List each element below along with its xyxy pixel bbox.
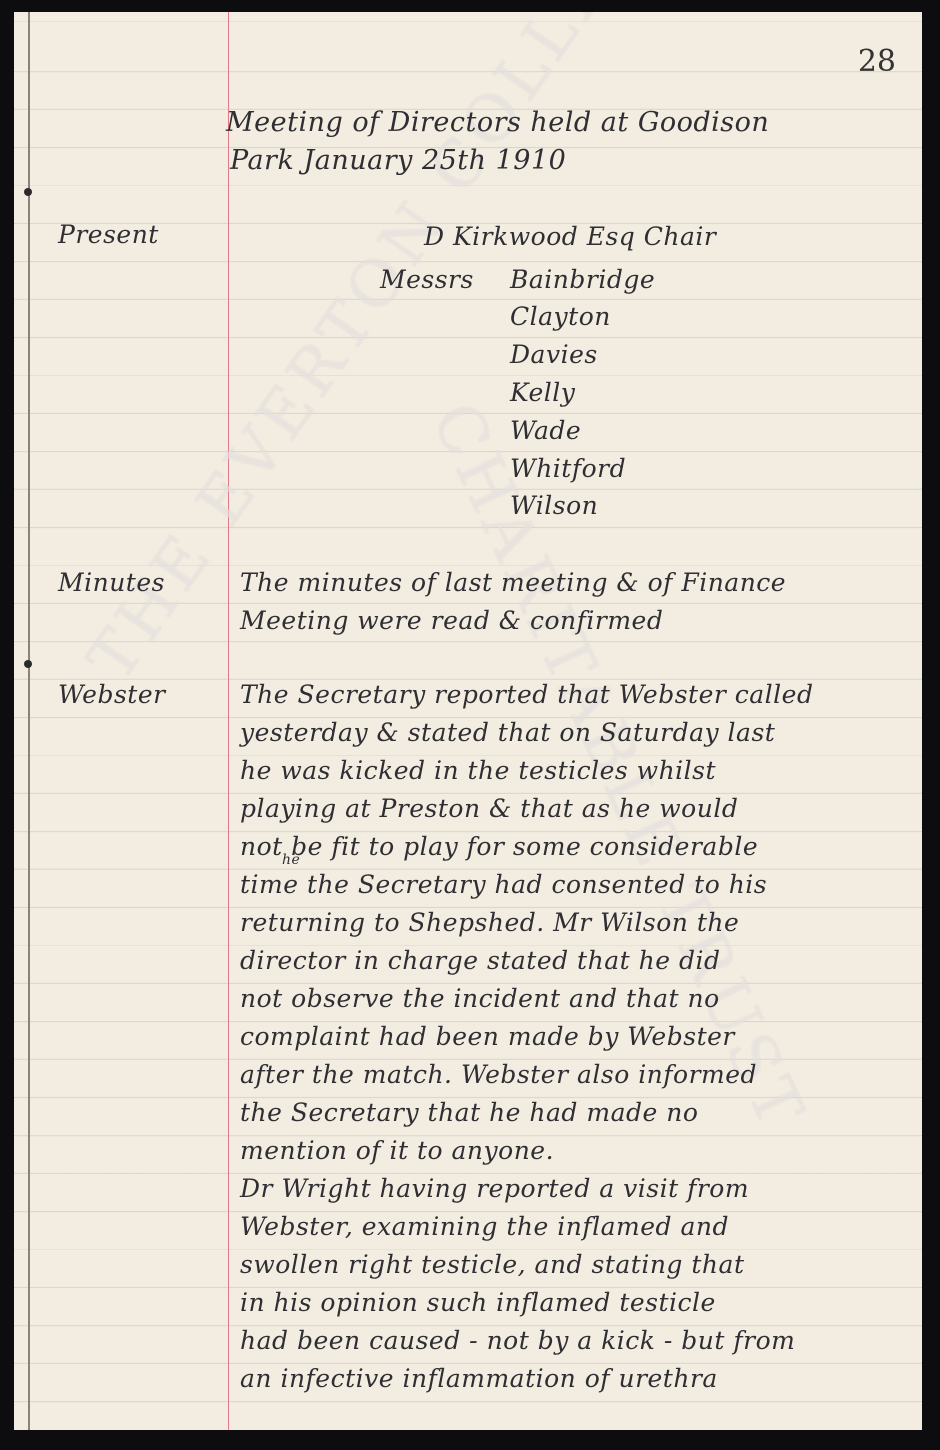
webster-line: he was kicked in the testicles whilst — [240, 756, 716, 785]
member-name: Kelly — [510, 378, 575, 407]
webster-line: playing at Preston & that as he would — [240, 794, 738, 823]
heading-line-2: Park January 25th 1910 — [230, 145, 566, 176]
webster-line: returning to Shepshed. Mr Wilson the — [240, 908, 739, 937]
binding-hole — [24, 188, 32, 196]
webster-line: after the match. Webster also informed — [240, 1060, 757, 1089]
webster-line: in his opinion such inflamed testicle — [240, 1288, 716, 1317]
webster-line: had been caused - not by a kick - but fr… — [240, 1326, 795, 1355]
chair-entry: D Kirkwood Esq Chair — [424, 222, 716, 251]
webster-line: swollen right testicle, and stating that — [240, 1250, 745, 1279]
webster-line: mention of it to anyone. — [240, 1136, 554, 1165]
ledger-page: THE EVERTON COLLECTION CHARITABLE TRUST … — [14, 12, 922, 1430]
webster-line: yesterday & stated that on Saturday last — [240, 718, 775, 747]
member-name: Wade — [510, 416, 581, 445]
webster-line: The Secretary reported that Webster call… — [240, 680, 813, 709]
webster-line: Webster, examining the inflamed and — [240, 1212, 729, 1241]
webster-line: time the Secretary had consented to his — [240, 870, 767, 899]
member-name: Clayton — [510, 302, 611, 331]
webster-line: not observe the incident and that no — [240, 984, 720, 1013]
webster-label: Webster — [58, 680, 166, 709]
member-name: Wilson — [510, 491, 598, 520]
minutes-line: Meeting were read & confirmed — [240, 606, 663, 635]
member-name: Bainbridge — [510, 265, 655, 294]
member-name: Whitford — [510, 454, 626, 483]
heading-line-1: Meeting of Directors held at Goodison — [226, 107, 769, 138]
binding-hole — [24, 660, 32, 668]
binding-line — [28, 12, 30, 1430]
member-name: Davies — [510, 340, 598, 369]
present-label: Present — [58, 220, 159, 249]
minutes-label: Minutes — [58, 568, 165, 597]
webster-line: director in charge stated that he did — [240, 946, 720, 975]
messrs-label: Messrs — [380, 265, 474, 294]
minutes-line: The minutes of last meeting & of Finance — [240, 568, 786, 597]
insertion-mark: he — [282, 852, 300, 868]
webster-line: complaint had been made by Webster — [240, 1022, 735, 1051]
page-number: 28 — [858, 44, 896, 79]
webster-line: Dr Wright having reported a visit from — [240, 1174, 749, 1203]
margin-line — [228, 12, 229, 1430]
webster-line: not be fit to play for some considerable — [240, 832, 758, 861]
webster-line: the Secretary that he had made no — [240, 1098, 698, 1127]
webster-line: an infective inflammation of urethra — [240, 1364, 718, 1393]
